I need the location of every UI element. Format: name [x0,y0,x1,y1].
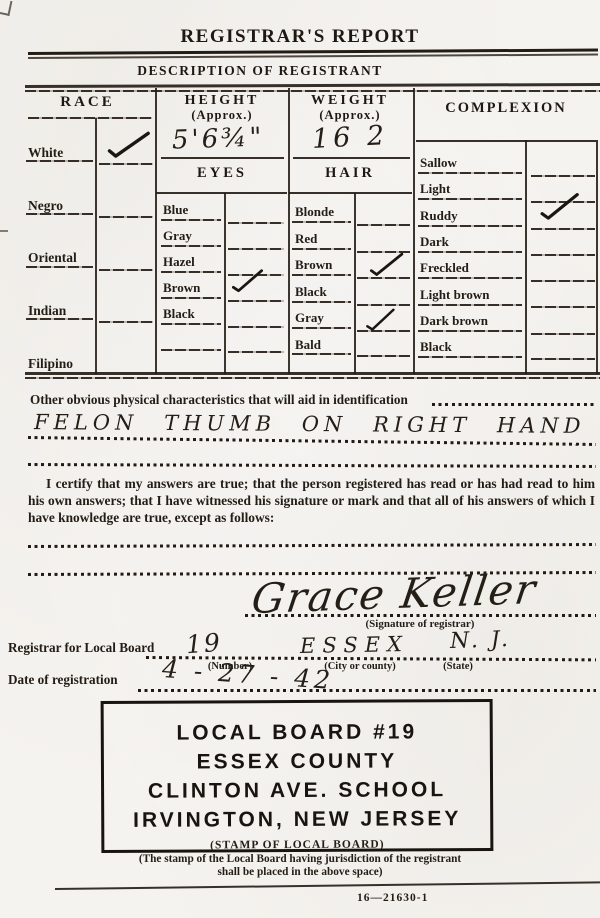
complexion-option-light-brown: Light brown [420,287,489,303]
race-option-oriental: Oriental [28,250,77,266]
eyes-option-blue: Blue [163,202,188,218]
table-line [161,219,221,221]
complexion-option-light: Light [420,181,450,197]
table-line [292,248,351,250]
table-line [26,160,93,162]
stamp-line-2: ESSEX COUNTY [104,749,490,775]
table-line [161,297,221,299]
eyes-header: EYES [158,165,286,182]
table-line [228,351,284,353]
dotted-line [245,614,596,617]
table-rule [25,377,600,379]
table-divider [596,142,598,374]
height-approx-label: (Approx.) [158,108,286,123]
page-title: REGISTRAR'S REPORT [140,26,460,48]
table-line [289,192,412,194]
table-line [293,157,410,159]
table-line [531,175,595,177]
race-option-negro: Negro [28,198,63,214]
table-divider [413,88,415,374]
other-characteristics-value: FELON THUMB ON RIGHT HAND [34,410,586,438]
registrars-report-document: REGISTRAR'S REPORT DESCRIPTION OF REGIST… [0,0,600,918]
table-line [292,221,351,223]
table-line [228,326,284,328]
race-option-white: White [28,145,63,161]
table-divider [224,193,226,374]
checkmark-icon [229,266,265,295]
table-line [161,271,221,273]
scan-artifact [0,0,12,16]
table-line [357,224,410,226]
eyes-option-gray: Gray [163,228,192,244]
hair-option-brown: Brown [295,257,332,273]
complexion-header: COMPLEXION [415,100,597,117]
table-line [99,321,153,323]
weight-approx-label: (Approx.) [290,108,410,123]
hair-option-bald: Bald [295,337,321,353]
table-line [292,274,351,276]
complexion-option-dark-brown: Dark brown [420,313,488,329]
table-line [161,323,221,325]
complexion-option-freckled: Freckled [420,260,469,276]
stamp-line-3: CLINTON AVE. SCHOOL [104,778,490,804]
dotted-line [28,543,596,548]
table-line [418,330,522,332]
stamp-line-4: IRVINGTON, NEW JERSEY [104,807,490,833]
complexion-option-ruddy: Ruddy [420,208,458,224]
hair-option-gray: Gray [295,310,324,326]
table-line [26,318,93,320]
race-header: RACE [25,94,150,111]
table-divider [288,88,290,374]
table-line [418,251,522,253]
table-line [26,213,93,215]
checkmark-icon [367,248,406,280]
registration-date-label: Date of registration [8,672,118,688]
table-line [292,327,351,329]
other-characteristics-label: Other obvious physical characteristics t… [30,392,408,408]
height-value: 5'6¾" [172,122,265,155]
table-line [531,228,595,230]
complexion-option-dark: Dark [420,234,449,250]
hair-option-blonde: Blonde [295,204,334,220]
hair-header: HAIR [290,165,410,182]
table-line [161,349,221,351]
bottom-rule [55,881,600,890]
race-option-filipino: Filipino [28,356,73,372]
table-rule [25,83,600,88]
eyes-option-brown: Brown [163,280,200,296]
checkmark-icon [536,188,581,224]
table-line [418,304,522,306]
table-line [228,300,284,302]
table-divider [354,193,356,374]
dotted-line [28,463,596,468]
table-line [418,172,522,174]
table-line [531,358,595,360]
table-line [228,248,284,250]
stamp-note-line2: shall be placed in the above space) [50,866,550,878]
table-line [99,216,153,218]
dotted-line [432,403,596,406]
table-line [161,245,221,247]
eyes-option-black: Black [163,306,195,322]
race-option-indian: Indian [28,303,66,319]
table-line [156,192,287,194]
local-board-stamp: LOCAL BOARD #19 ESSEX COUNTY CLINTON AVE… [101,699,494,853]
hair-option-red: Red [295,231,317,247]
checkmark-icon [364,306,397,332]
table-rule [25,90,600,92]
scan-artifact [0,230,8,232]
state-caption: (State) [428,661,488,672]
table-line [228,222,284,224]
table-line [418,198,522,200]
complexion-option-black: Black [420,339,452,355]
table-line [161,157,284,159]
table-line [418,225,522,227]
table-divider [155,88,157,374]
stamp-note-line1: (The stamp of the Local Board having jur… [50,853,550,865]
table-line [418,277,522,279]
table-line [292,353,351,355]
table-divider [525,140,527,374]
eyes-option-hazel: Hazel [163,254,195,270]
local-board-state: N. J. [450,627,512,654]
stamp-caption: (STAMP OF LOCAL BOARD) [104,838,490,852]
table-line [416,140,598,142]
table-line [531,333,595,335]
table-rule [25,372,600,375]
checkmark-icon [103,120,153,167]
table-line [531,306,595,308]
local-board-number: 19 [185,628,223,659]
weight-value: 16 2 [311,120,389,155]
table-line [26,266,93,268]
table-line [99,269,153,271]
section-title: DESCRIPTION OF REGISTRANT [85,63,435,79]
table-line [357,355,410,357]
weight-header: WEIGHT [290,93,410,109]
stamp-line-1: LOCAL BOARD #19 [104,720,490,746]
local-board-city: ESSEX [300,632,409,658]
table-line [28,117,152,119]
hair-option-black: Black [295,284,327,300]
height-header: HEIGHT [158,93,286,109]
title-rule [28,49,598,59]
complexion-option-sallow: Sallow [420,155,457,171]
certification-text: I certify that my answers are true; that… [28,475,595,526]
table-line [418,356,522,358]
dotted-line [138,689,596,692]
table-divider [95,118,97,374]
form-number: 16—21630-1 [357,892,428,904]
dotted-line [28,436,596,446]
local-board-label: Registrar for Local Board [8,640,154,656]
table-line [292,301,351,303]
table-line [531,280,595,282]
table-line [531,254,595,256]
